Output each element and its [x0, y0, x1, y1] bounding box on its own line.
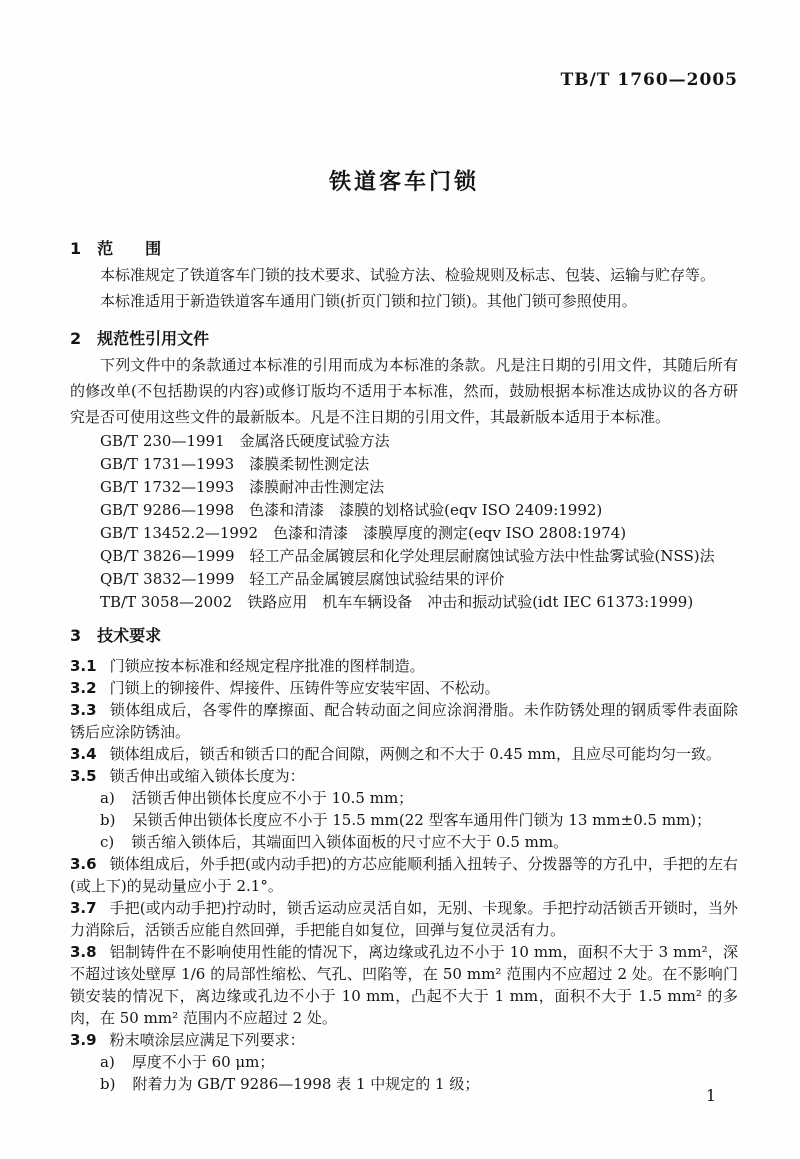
clause-3-8-text: 铝制铸件在不影响使用性能的情况下，离边缘或孔边不小于 10 mm，面积不大于 3…: [70, 943, 738, 1027]
clause-3-8-number: 3.8: [70, 943, 97, 961]
standard-number: TB/T 1760—2005: [70, 70, 738, 90]
list-label: a): [100, 789, 115, 807]
clause-3-8: 3.8铝制铸件在不影响使用性能的情况下，离边缘或孔边不小于 10 mm，面积不大…: [70, 941, 738, 1029]
section-3-label: 技术要求: [97, 626, 161, 645]
section-2-heading: 2规范性引用文件: [70, 326, 738, 352]
clause-3-1-text: 门锁应按本标准和经规定程序批准的图样制造。: [110, 657, 425, 675]
clause-3-9-text: 粉末喷涂层应满足下列要求：: [110, 1031, 305, 1049]
reference-item: GB/T 13452.2—1992 色漆和清漆 漆膜厚度的测定(eqv ISO …: [100, 522, 738, 545]
reference-item: GB/T 1732—1993 漆膜耐冲击性测定法: [100, 476, 738, 499]
document-title: 铁道客车门锁: [70, 170, 738, 196]
clause-3-5-number: 3.5: [70, 767, 97, 785]
list-label: a): [100, 1053, 115, 1071]
clause-3-5-item-b: b)呆锁舌伸出锁体长度应不小于 15.5 mm(22 型客车通用件门锁为 13 …: [70, 809, 738, 831]
clause-3-4-text: 锁体组成后，锁舌和锁舌口的配合间隙，两侧之和不大于 0.45 mm，且应尽可能均…: [110, 745, 721, 763]
clause-3-7: 3.7手把(或内动手把)拧动时，锁舌运动应灵活自如，无别、卡现象。手把拧动活锁舌…: [70, 897, 738, 941]
reference-item: QB/T 3826—1999 轻工产品金属镀层和化学处理层耐腐蚀试验方法中性盐雾…: [100, 545, 738, 568]
clause-3-9-number: 3.9: [70, 1031, 97, 1049]
section-3-number: 3: [70, 626, 81, 645]
section-1-heading: 1范 围: [70, 236, 738, 262]
list-label: c): [100, 833, 114, 851]
clause-3-9: 3.9粉末喷涂层应满足下列要求：: [70, 1029, 738, 1051]
clause-3-2: 3.2门锁上的铆接件、焊接件、压铸件等应安装牢固、不松动。: [70, 677, 738, 699]
section-3-heading: 3技术要求: [70, 623, 738, 649]
clause-3-3-number: 3.3: [70, 701, 97, 719]
clause-3-5-text: 锁舌伸出或缩入锁体长度为：: [110, 767, 305, 785]
section-1-number: 1: [70, 239, 81, 258]
clause-3-7-text: 手把(或内动手把)拧动时，锁舌运动应灵活自如，无别、卡现象。手把拧动活锁舌开锁时…: [70, 899, 738, 939]
list-item-text: 附着力为 GB/T 9286—1998 表 1 中规定的 1 级；: [132, 1075, 479, 1093]
reference-item: QB/T 3832—1999 轻工产品金属镀层腐蚀试验结果的评价: [100, 568, 738, 591]
clause-3-5-item-a: a)活锁舌伸出锁体长度应不小于 10.5 mm；: [70, 787, 738, 809]
section-2-intro: 下列文件中的条款通过本标准的引用而成为本标准的条款。凡是注日期的引用文件，其随后…: [70, 352, 738, 430]
list-item-text: 呆锁舌伸出锁体长度应不小于 15.5 mm(22 型客车通用件门锁为 13 mm…: [132, 811, 711, 829]
reference-item: TB/T 3058—2002 铁路应用 机车车辆设备 冲击和振动试验(idt I…: [100, 591, 738, 614]
clause-3-6-text: 锁体组成后，外手把(或内动手把)的方芯应能顺利插入扭转子、分拨器等的方孔中，手把…: [70, 855, 738, 895]
reference-item: GB/T 230—1991 金属洛氏硬度试验方法: [100, 430, 738, 453]
clause-3-3-text: 锁体组成后，各零件的摩擦面、配合转动面之间应涂润滑脂。未作防锈处理的钢质零件表面…: [70, 701, 738, 741]
list-item-text: 锁舌缩入锁体后，其端面凹入锁体面板的尺寸应不大于 0.5 mm。: [131, 833, 568, 851]
list-item-text: 活锁舌伸出锁体长度应不小于 10.5 mm；: [132, 789, 413, 807]
section-2-number: 2: [70, 329, 81, 348]
section-2-label: 规范性引用文件: [97, 329, 209, 348]
clause-3-2-text: 门锁上的铆接件、焊接件、压铸件等应安装牢固、不松动。: [110, 679, 500, 697]
normative-references-list: GB/T 230—1991 金属洛氏硬度试验方法 GB/T 1731—1993 …: [70, 430, 738, 614]
clause-3-7-number: 3.7: [70, 899, 97, 917]
section-1-label: 范 围: [97, 239, 161, 258]
clause-3-1: 3.1门锁应按本标准和经规定程序批准的图样制造。: [70, 655, 738, 677]
section-1-paragraph-2: 本标准适用于新造铁道客车通用门锁(折页门锁和拉门锁)。其他门锁可参照使用。: [70, 288, 738, 314]
clause-3-5-item-c: c)锁舌缩入锁体后，其端面凹入锁体面板的尺寸应不大于 0.5 mm。: [70, 831, 738, 853]
clause-3-9-item-a: a)厚度不小于 60 μm；: [70, 1051, 738, 1073]
document-page: TB/T 1760—2005 铁道客车门锁 1范 围 本标准规定了铁道客车门锁的…: [0, 0, 800, 1159]
section-1-paragraph-1: 本标准规定了铁道客车门锁的技术要求、试验方法、检验规则及标志、包装、运输与贮存等…: [70, 262, 738, 288]
list-item-text: 厚度不小于 60 μm；: [132, 1053, 275, 1071]
clause-3-6: 3.6锁体组成后，外手把(或内动手把)的方芯应能顺利插入扭转子、分拨器等的方孔中…: [70, 853, 738, 897]
clause-3-6-number: 3.6: [70, 855, 97, 873]
technical-requirements: 3.1门锁应按本标准和经规定程序批准的图样制造。 3.2门锁上的铆接件、焊接件、…: [70, 655, 738, 1095]
clause-3-3: 3.3锁体组成后，各零件的摩擦面、配合转动面之间应涂润滑脂。未作防锈处理的钢质零…: [70, 699, 738, 743]
clause-3-9-item-b: b)附着力为 GB/T 9286—1998 表 1 中规定的 1 级；: [70, 1073, 738, 1095]
list-label: b): [100, 1075, 115, 1093]
clause-3-1-number: 3.1: [70, 657, 97, 675]
clause-3-2-number: 3.2: [70, 679, 97, 697]
clause-3-4: 3.4锁体组成后，锁舌和锁舌口的配合间隙，两侧之和不大于 0.45 mm，且应尽…: [70, 743, 738, 765]
list-label: b): [100, 811, 115, 829]
reference-item: GB/T 1731—1993 漆膜柔韧性测定法: [100, 453, 738, 476]
reference-item: GB/T 9286—1998 色漆和清漆 漆膜的划格试验(eqv ISO 240…: [100, 499, 738, 522]
clause-3-4-number: 3.4: [70, 745, 97, 763]
page-content: TB/T 1760—2005 铁道客车门锁 1范 围 本标准规定了铁道客车门锁的…: [70, 0, 738, 1095]
clause-3-5: 3.5锁舌伸出或缩入锁体长度为：: [70, 765, 738, 787]
page-number: 1: [706, 1086, 716, 1106]
